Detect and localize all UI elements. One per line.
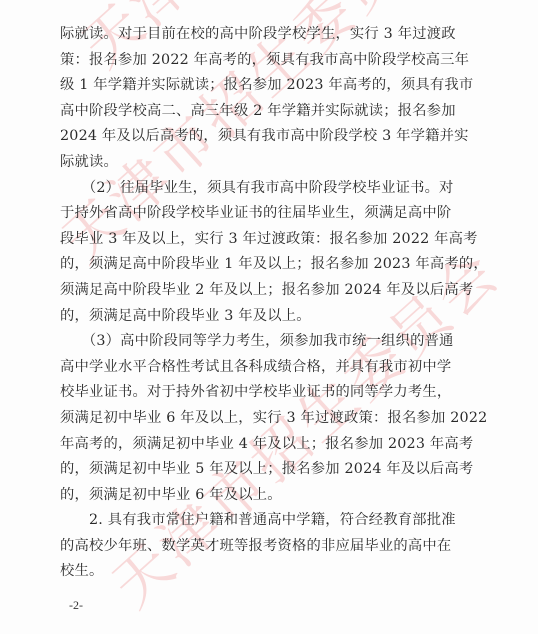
document-body: 际就读。对于目前在校的高中阶段学校学生，实行 3 年过渡政 策：报名参加 202… [60, 22, 444, 585]
text-line: 策：报名参加 2022 年高考的，须具有我市高中阶段学校高三年 [60, 48, 444, 74]
text-line: 高中学业水平合格性考试且各科成绩合格，并具有我市初中学 [60, 355, 444, 381]
text-line: 高中阶段学校高二、高三年级 2 年学籍并实际就读；报名参加 [60, 99, 444, 125]
text-line: 的，须满足高中阶段毕业 3 年及以上。 [60, 304, 444, 330]
text-line: 于持外省高中阶段学校毕业证书的往届毕业生，须满足高中阶 [60, 201, 444, 227]
text-line: 的，须满足初中毕业 6 年及以上。 [60, 483, 444, 509]
text-line: 段毕业 3 年及以上，实行 3 年过渡政策：报名参加 2022 年高考 [60, 227, 444, 253]
text-line: 2. 具有我市常住户籍和普通高中学籍，符合经教育部批准 [60, 508, 444, 534]
text-line: 校生。 [60, 559, 444, 585]
text-line: 际就读。对于目前在校的高中阶段学校学生，实行 3 年过渡政 [60, 22, 444, 48]
text-line: （2）往届毕业生，须具有我市高中阶段学校毕业证书。对 [60, 176, 444, 202]
text-line: 年高考的，须满足初中毕业 4 年及以上；报名参加 2023 年高考 [60, 432, 444, 458]
text-line: 级 1 年学籍并实际就读；报名参加 2023 年高考的，须具有我市 [60, 73, 444, 99]
text-line: 2024 年及以后高考的，须具有我市高中阶段学校 3 年学籍并实 [60, 124, 444, 150]
text-line: 校毕业证书。对于持外省初中学校毕业证书的同等学力考生， [60, 380, 444, 406]
page-number: -2- [69, 598, 83, 613]
text-line: 的高校少年班、数学英才班等报考资格的非应届毕业的高中在 [60, 534, 444, 560]
text-line: 须满足初中毕业 6 年及以上，实行 3 年过渡政策：报名参加 2022 [60, 406, 444, 432]
text-line: 的，须满足初中毕业 5 年及以上；报名参加 2024 年及以后高考 [60, 457, 444, 483]
text-line: 的，须满足高中阶段毕业 1 年及以上；报名参加 2023 年高考的， [60, 252, 444, 278]
text-line: （3）高中阶段同等学力考生，须参加我市统一组织的普通 [60, 329, 444, 355]
text-line: 际就读。 [60, 150, 444, 176]
text-line: 须满足高中阶段毕业 2 年及以上；报名参加 2024 年及以后高考 [60, 278, 444, 304]
document-page: 天津市招生委员会 天津市招生委员会 天津市招生委员会 际就读。对于目前在校的高中… [0, 0, 538, 634]
